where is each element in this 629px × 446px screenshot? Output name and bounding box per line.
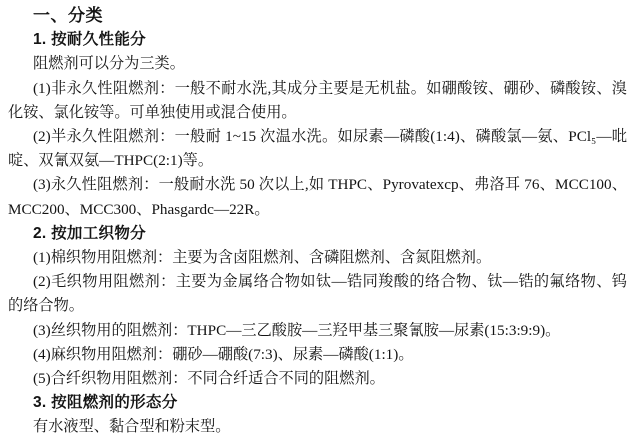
paragraph-silk: (3)丝织物用的阻燃剂：THPC—三乙酸胺—三羟甲基三聚氰胺—尿素(15:3:9… <box>8 319 627 343</box>
paragraph-cotton: (1)棉织物用阻燃剂：主要为含卤阻燃剂、含磷阻燃剂、含氮阻燃剂。 <box>8 246 627 270</box>
paragraph-semi-permanent: (2)半永久性阻燃剂：一般耐 1~15 次温水洗。如尿素—磷酸(1:4)、磷酸氯… <box>8 125 627 173</box>
paragraph-non-permanent: (1)非永久性阻燃剂：一般不耐水洗,其成分主要是无机盐。如硼酸铵、硼砂、磷酸铵、… <box>8 77 627 125</box>
paragraph-synthetic: (5)合纤织物用阻燃剂：不同合纤适合不同的阻燃剂。 <box>8 367 627 391</box>
paragraph-wool: (2)毛织物用阻燃剂：主要为金属络合物如钛—锆同羧酸的络合物、钛—锆的氟络物、钨… <box>8 270 627 318</box>
section-heading-physical-form: 3. 按阻燃剂的形态分 <box>33 391 627 415</box>
document-page: 一、分类 1. 按耐久性能分 阻燃剂可以分为三类。 (1)非永久性阻燃剂：一般不… <box>0 0 629 446</box>
paragraph-permanent: (3)永久性阻燃剂：一般耐水洗 50 次以上,如 THPC、Pyrovatexc… <box>8 173 627 221</box>
section-heading-fabric-type: 2. 按加工织物分 <box>33 222 627 246</box>
paragraph-linen: (4)麻织物用阻燃剂：硼砂—硼酸(7:3)、尿素—磷酸(1:1)。 <box>8 343 627 367</box>
paragraph-forms: 有水液型、黏合型和粉末型。 <box>8 415 627 439</box>
page-title: 一、分类 <box>33 4 627 28</box>
paragraph-intro: 阻燃剂可以分为三类。 <box>8 52 627 76</box>
section-heading-durability: 1. 按耐久性能分 <box>33 28 627 52</box>
